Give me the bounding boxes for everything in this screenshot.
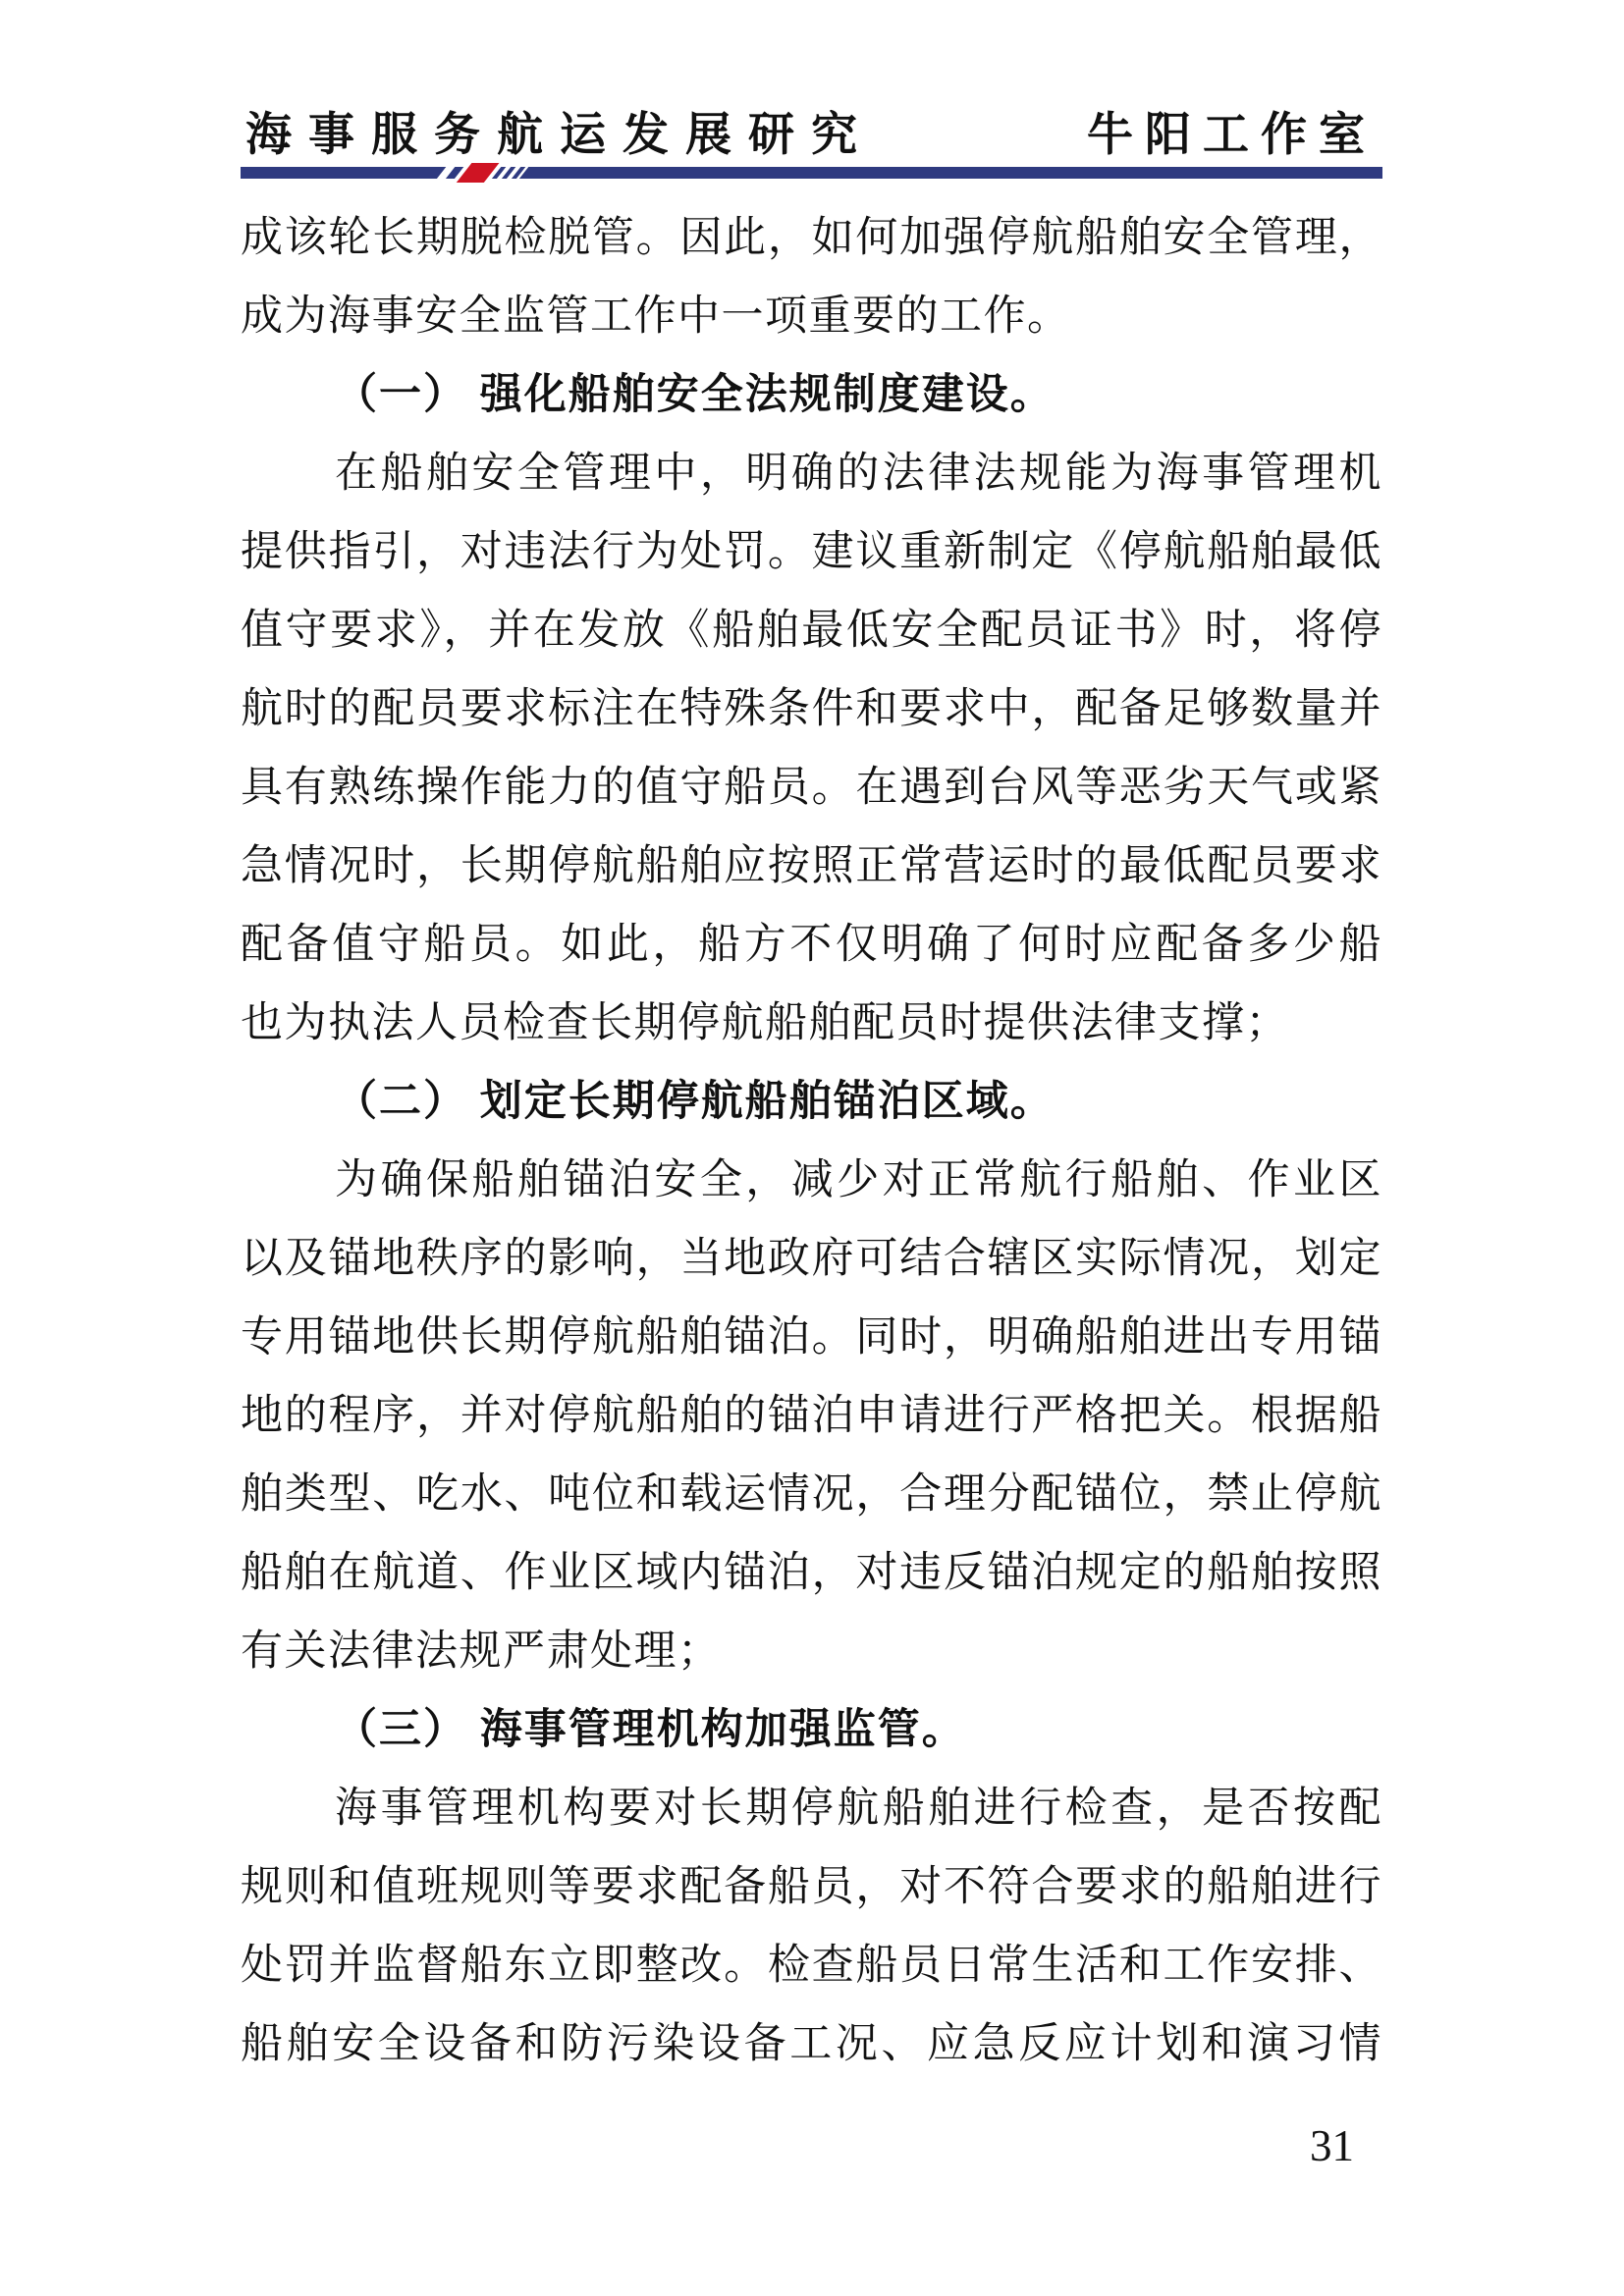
header-rule [241, 167, 1382, 179]
body-line: 为确保船舶锚泊安全，减少对正常航行船舶、作业区域 [241, 1142, 1382, 1220]
body-line: 规则和值班规则等要求配备船员，对不符合要求的船舶进行 [241, 1848, 1382, 1927]
body-line: 有关法律法规严肃处理； [241, 1613, 1382, 1691]
document-body: 成该轮长期脱检脱管。因此，如何加强停航船舶安全管理， 成为海事安全监管工作中一项… [241, 199, 1382, 2084]
body-line: 具有熟练操作能力的值守船员。在遇到台风等恶劣天气或紧 [241, 749, 1382, 828]
body-line: 在船舶安全管理中，明确的法律法规能为海事管理机构 [241, 435, 1382, 513]
body-line: 成为海事安全监管工作中一项重要的工作。 [241, 278, 1382, 356]
body-line: 舶类型、吃水、吨位和载运情况，合理分配锚位，禁止停航 [241, 1456, 1382, 1534]
section-heading: （一） 强化船舶安全法规制度建设。 [241, 356, 1382, 435]
header-right-title: 牛阳工作室 [1087, 98, 1377, 164]
body-line: 值守要求》，并在发放《船舶最低安全配员证书》时，将停 [241, 592, 1382, 670]
body-line: 船舶安全设备和防污染设备工况、应急反应计划和演习情 [241, 2005, 1382, 2084]
body-line: 以及锚地秩序的影响，当地政府可结合辖区实际情况，划定 [241, 1220, 1382, 1299]
header-rule-accent [434, 162, 532, 183]
body-line: 地的程序，并对停航船舶的锚泊申请进行严格把关。根据船 [241, 1377, 1382, 1456]
body-line: 提供指引，对违法行为处罚。建议重新制定《停航船舶最低 [241, 513, 1382, 592]
body-line: 成该轮长期脱检脱管。因此，如何加强停航船舶安全管理， [241, 199, 1382, 278]
body-line: 航时的配员要求标注在特殊条件和要求中，配备足够数量并 [241, 670, 1382, 749]
accent-stripe-red [457, 163, 500, 183]
body-line: 处罚并监督船东立即整改。检查船员日常生活和工作安排、 [241, 1927, 1382, 2005]
section-heading: （三） 海事管理机构加强监管。 [241, 1691, 1382, 1770]
body-line: 专用锚地供长期停航船舶锚泊。同时，明确船舶进出专用锚 [241, 1299, 1382, 1377]
body-line: 船舶在航道、作业区域内锚泊，对违反锚泊规定的船舶按照 [241, 1534, 1382, 1613]
document-page: 海事服务航运发展研究 牛阳工作室 成该轮长期脱检脱管。因此，如何加强停航船舶安全… [0, 0, 1624, 2296]
section-heading: （二） 划定长期停航船舶锚泊区域。 [241, 1063, 1382, 1142]
page-number: 31 [1310, 2120, 1354, 2171]
body-line: 也为执法人员检查长期停航船舶配员时提供法律支撑； [241, 985, 1382, 1063]
body-line: 配备值守船员。如此，船方不仅明确了何时应配备多少船员， [241, 906, 1382, 985]
header-left-title: 海事服务航运发展研究 [245, 98, 874, 164]
body-line: 海事管理机构要对长期停航船舶进行检查，是否按配员 [241, 1770, 1382, 1848]
body-line: 急情况时，长期停航船舶应按照正常营运时的最低配员要求 [241, 828, 1382, 906]
